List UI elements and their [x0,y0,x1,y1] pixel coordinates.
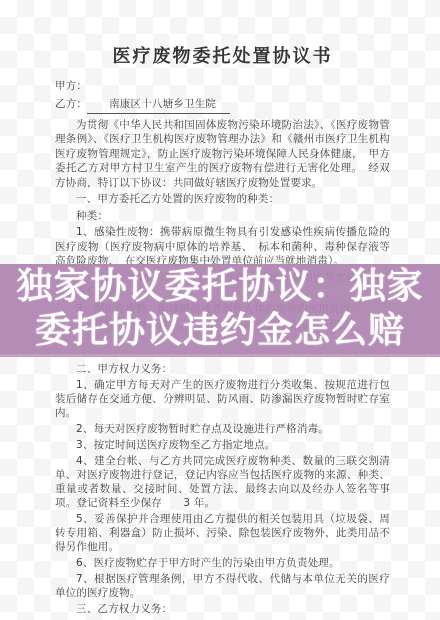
document-paragraph: 7、根据医疗管理条例，甲方不得代收、代储与本单位无关的医疗单位的医疗废物。 [55,572,390,600]
document-paragraph: 一、甲方委托乙方处置的医疗废物的种类： [55,192,390,207]
party-a-line: 甲方： [55,79,390,94]
document-paragraph: 二、甲方权力义务： [55,362,390,376]
document-paragraph: 2、每天对医疗废物暂时贮存点及设施进行严格消毒。 [55,422,390,436]
document-paragraph: 6、医疗废物贮存于甲方时产生的污染由甲方负责处理。 [55,556,390,570]
document-paragraph: 为贯彻《中华人民共和国固体废物污染环境防治法》、《医疗废物管理条例》、《医疗卫生… [55,118,390,191]
party-b-line: 乙方：南康区十八塘乡卫生院 [55,97,390,114]
document-paragraph: 三、乙方权力义务： [55,602,390,616]
overlay-title-line-2: 委托协议违约金怎么赔 [35,309,405,353]
document-title: 医疗废物委托处置协议书 [55,50,390,65]
document-paragraph: 4、建全台帐、与乙方共同完成医疗废物种类、数量的三联交割清单、对医疗废物进行登记… [55,454,390,510]
seo-overlay-banner: 独家协议委托协议：独家 委托协议违约金怎么赔 [0,264,440,357]
document-paragraph: 1、感染性废物：携带病原微生物具有引发感染性疾病传播危险的医疗废物（医疗废物病中… [55,225,390,269]
party-b-value: 南康区十八塘乡卫生院 [87,97,230,114]
document-paragraph: 3、按定时间送医疗废物至乙方指定地点。 [55,438,390,452]
page-background: { "overlay": { "background_color": "#ae8… [0,0,440,620]
party-b-label: 乙方： [55,98,87,110]
overlay-title-line-1: 独家协议委托协议：独家 [16,265,423,309]
party-a-label: 甲方： [55,80,87,92]
document-paragraph: 1、确定甲方每天对产生的医疗废物进行分类收集、按规范进行包装后储存在交通方便、分… [55,378,390,420]
document-bottom-section: 二、甲方权力义务：1、确定甲方每天对产生的医疗废物进行分类收集、按规范进行包装后… [55,362,390,618]
document-paragraph: 5、妥善保护并合理使用由乙方提供的相关包装用具（垃圾袋、周转专用箱、利器盒）防止… [55,512,390,554]
document-paragraph: 种类： [55,209,390,224]
